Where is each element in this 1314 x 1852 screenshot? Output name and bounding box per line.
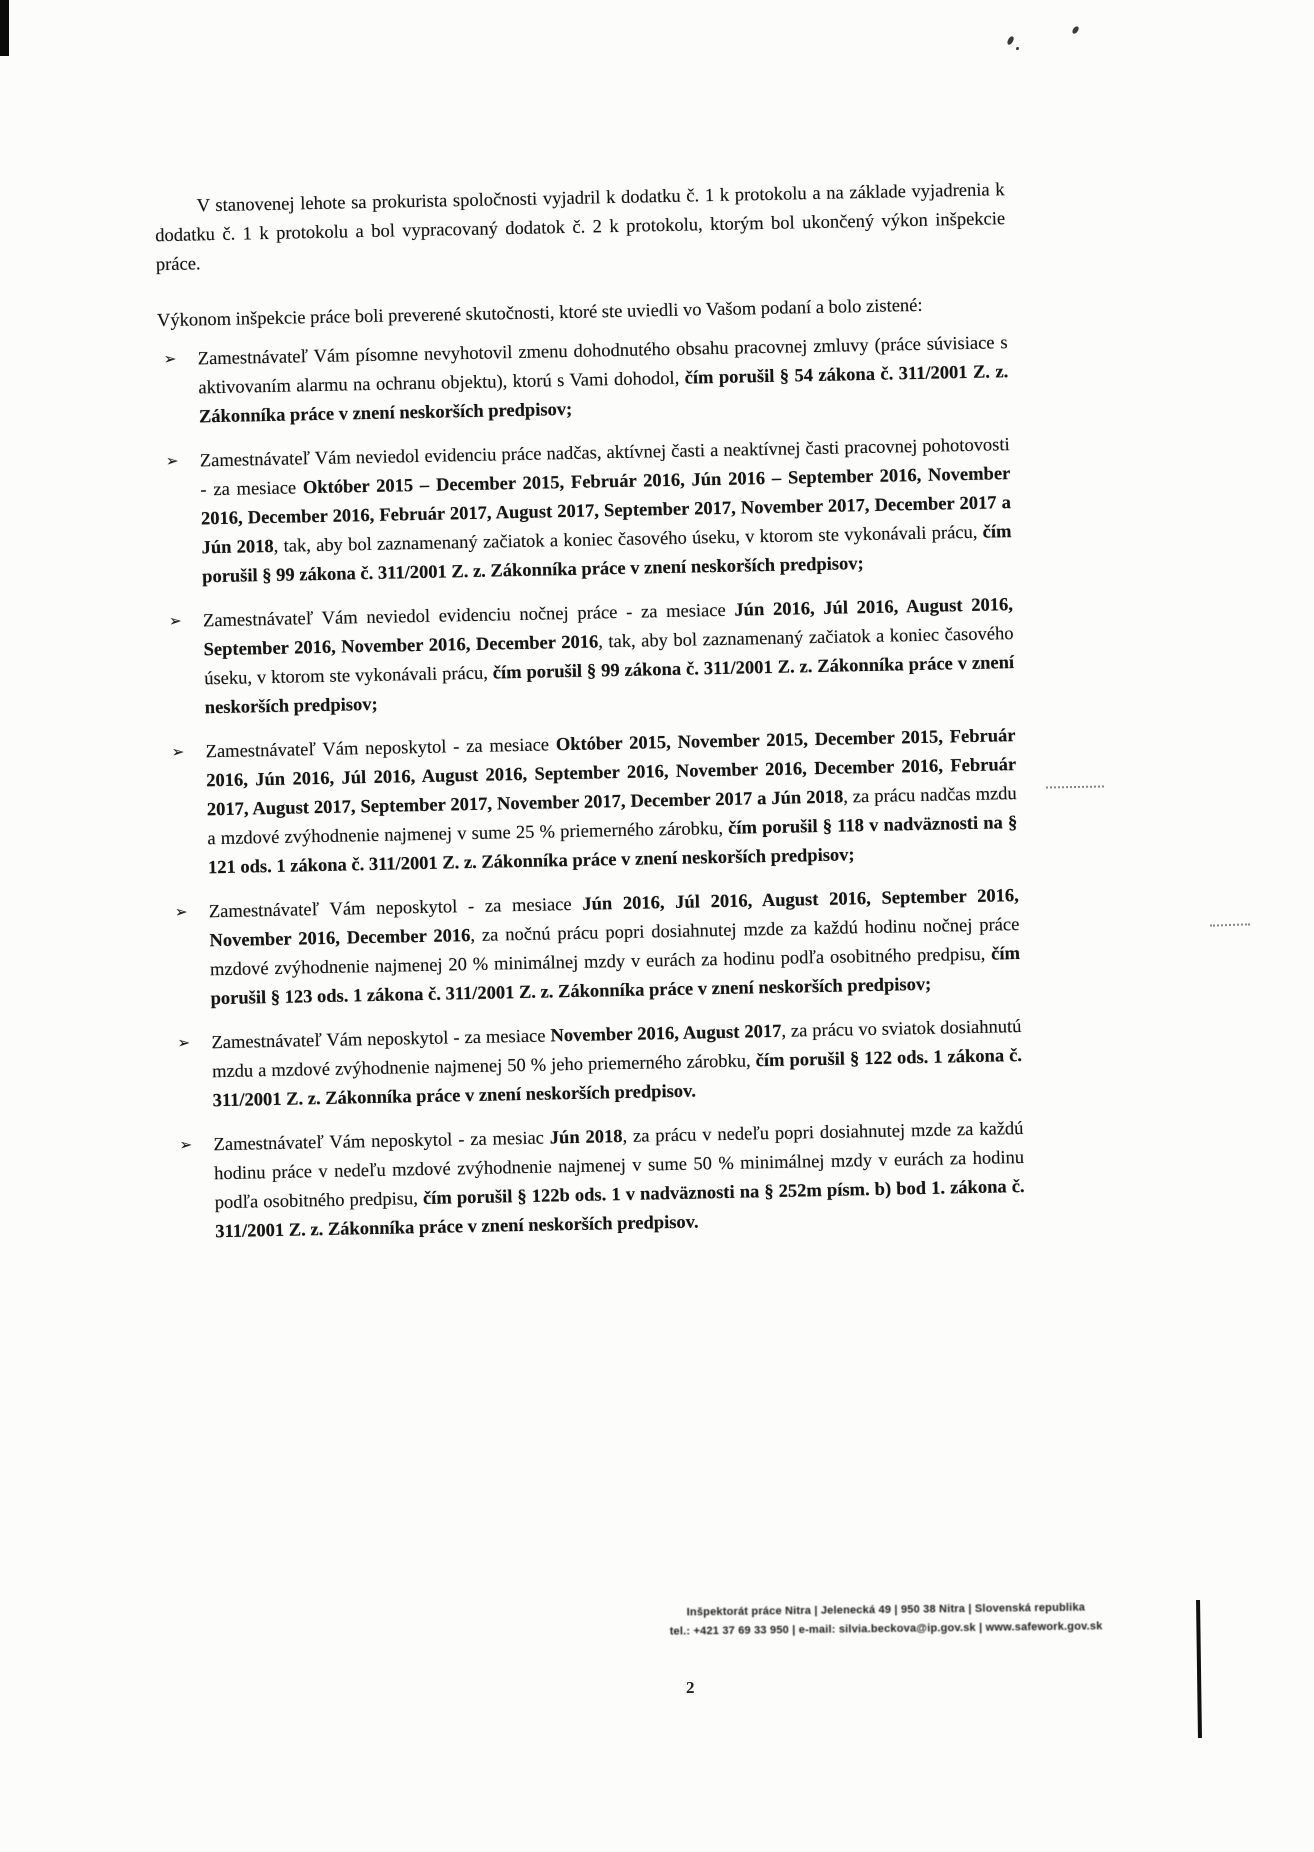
page-number: 2: [686, 1678, 695, 1698]
scanned-document-page: V stanovenej lehote sa prokurista spoloč…: [0, 0, 1314, 1852]
list-item: ➢ Zamestnávateľ Vám neviedol evidenciu n…: [163, 591, 1015, 724]
scan-artifact-dashes: [1210, 923, 1250, 926]
bullet-text: Zamestnávateľ Vám neposkytol - za mesiac…: [211, 1013, 1023, 1116]
scan-artifact-speck: [1071, 25, 1079, 34]
bullet-arrow-icon: ➢: [169, 898, 210, 928]
bullet-text: Zamestnávateľ Vám neposkytol - za mesiac…: [205, 722, 1018, 883]
scan-artifact-dashes: [1046, 785, 1104, 788]
scan-artifact-speck: [1006, 35, 1014, 45]
scan-vertical-line: [1196, 1600, 1202, 1738]
list-item: ➢ Zamestnávateľ Vám neposkytol - za mesi…: [169, 882, 1021, 1015]
bullet-arrow-icon: ➢: [173, 1131, 214, 1161]
findings-list: ➢ Zamestnávateľ Vám písomne nevyhotovil …: [158, 329, 1026, 1248]
list-item: ➢ Zamestnávateľ Vám neposkytol - za mesi…: [171, 1013, 1023, 1117]
paragraph-findings-lead: Výkonom inšpekcie práce boli preverené s…: [157, 290, 1007, 336]
list-item: ➢ Zamestnávateľ Vám písomne nevyhotovil …: [158, 329, 1010, 433]
footer: Inšpektorát práce Nitra | Jelenecká 49 |…: [596, 1597, 1176, 1642]
list-item: ➢ Zamestnávateľ Vám neposkytol - za mesi…: [165, 722, 1018, 884]
bullet-arrow-icon: ➢: [158, 345, 199, 375]
paragraph-intro: V stanovenej lehote sa prokurista spoloč…: [154, 176, 1006, 280]
bullet-text: Zamestnávateľ Vám písomne nevyhotovil zm…: [198, 329, 1010, 432]
bullet-arrow-icon: ➢: [171, 1029, 212, 1059]
list-item: ➢ Zamestnávateľ Vám neviedol evidenciu p…: [160, 431, 1013, 593]
scan-artifact-corner: [0, 0, 9, 56]
list-item: ➢ Zamestnávateľ Vám neposkytol - za mesi…: [173, 1115, 1025, 1248]
bullet-text: Zamestnávateľ Vám neviedol evidenciu noč…: [203, 591, 1015, 723]
scan-artifact-speck: [1016, 47, 1019, 50]
bullet-arrow-icon: ➢: [165, 738, 206, 768]
bullet-text: Zamestnávateľ Vám neviedol evidenciu prá…: [200, 431, 1013, 592]
bullet-text: Zamestnávateľ Vám neposkytol - za mesiac…: [213, 1115, 1025, 1247]
bullet-arrow-icon: ➢: [160, 447, 201, 477]
bullet-arrow-icon: ➢: [163, 607, 204, 637]
body-text: V stanovenej lehote sa prokurista spoloč…: [154, 176, 1025, 1263]
bullet-text: Zamestnávateľ Vám neposkytol - za mesiac…: [209, 882, 1021, 1014]
